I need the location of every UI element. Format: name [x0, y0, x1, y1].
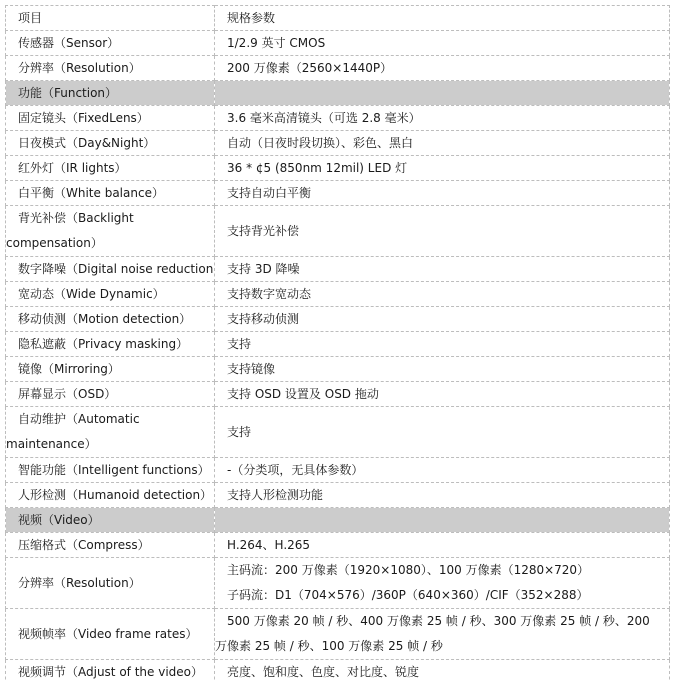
table-row: 分辨率（Resolution） 主码流：200 万像素（1920×1080）、1…	[6, 558, 670, 609]
row-label: 分辨率（Resolution）	[6, 558, 215, 609]
row-value-line2: 子码流：D1（704×576）/360P（640×360）/CIF（352×28…	[227, 583, 669, 608]
table-row: 数字降噪（Digital noise reduction） 支持 3D 降噪	[6, 257, 670, 282]
row-value: 支持 3D 降噪	[215, 257, 670, 282]
row-value: 自动（日夜时段切换）、彩色、黑白	[215, 131, 670, 156]
table-row: 分辨率（Resolution） 200 万像素（2560×1440P）	[6, 56, 670, 81]
header-spec: 规格参数	[215, 6, 670, 31]
row-label: 屏幕显示（OSD）	[6, 382, 215, 407]
table-row: 视频调节（Adjust of the video） 亮度、饱和度、色度、对比度、…	[6, 660, 670, 681]
row-label: 智能功能（Intelligent functions）	[6, 458, 215, 483]
table-row: 镜像（Mirroring） 支持镜像	[6, 357, 670, 382]
row-label: 自动维护（Automatic maintenance）	[6, 407, 215, 458]
row-label: 白平衡（White balance）	[6, 181, 215, 206]
row-value: -（分类项，无具体参数）	[215, 458, 670, 483]
row-label: 视频调节（Adjust of the video）	[6, 660, 215, 681]
section-label: 功能（Function）	[6, 81, 215, 106]
row-value: 支持自动白平衡	[215, 181, 670, 206]
row-label-line2: compensation）	[6, 231, 214, 256]
row-label: 隐私遮蔽（Privacy masking）	[6, 332, 215, 357]
row-value: 支持移动侦测	[215, 307, 670, 332]
row-value: 亮度、饱和度、色度、对比度、锐度	[215, 660, 670, 681]
table-row: 日夜模式（Day&Night） 自动（日夜时段切换）、彩色、黑白	[6, 131, 670, 156]
row-label: 压缩格式（Compress）	[6, 533, 215, 558]
row-value: 主码流：200 万像素（1920×1080）、100 万像素（1280×720）…	[215, 558, 670, 609]
row-value: 支持	[215, 407, 670, 458]
row-label: 日夜模式（Day&Night）	[6, 131, 215, 156]
row-label: 宽动态（Wide Dynamic）	[6, 282, 215, 307]
table-row: 屏幕显示（OSD） 支持 OSD 设置及 OSD 拖动	[6, 382, 670, 407]
table-row: 自动维护（Automatic maintenance） 支持	[6, 407, 670, 458]
table-row: 红外灯（IR lights） 36 * ¢5 (850nm 12mil) LED…	[6, 156, 670, 181]
row-label: 固定镜头（FixedLens）	[6, 106, 215, 131]
row-value: 500 万像素 20 帧 / 秒、400 万像素 25 帧 / 秒、300 万像…	[215, 609, 670, 660]
section-empty	[215, 508, 670, 533]
row-label: 分辨率（Resolution）	[6, 56, 215, 81]
section-row-function: 功能（Function）	[6, 81, 670, 106]
table-row: 隐私遮蔽（Privacy masking） 支持	[6, 332, 670, 357]
row-label: 背光补偿（Backlight compensation）	[6, 206, 215, 257]
row-value: 1/2.9 英寸 CMOS	[215, 31, 670, 56]
table-row: 人形检测（Humanoid detection） 支持人形检测功能	[6, 483, 670, 508]
row-value: 支持数字宽动态	[215, 282, 670, 307]
row-label: 传感器（Sensor）	[6, 31, 215, 56]
row-value: 3.6 毫米高清镜头（可选 2.8 毫米）	[215, 106, 670, 131]
row-value-line1: 主码流：200 万像素（1920×1080）、100 万像素（1280×720）	[227, 558, 669, 583]
table-row: 压缩格式（Compress） H.264、H.265	[6, 533, 670, 558]
table-row: 传感器（Sensor） 1/2.9 英寸 CMOS	[6, 31, 670, 56]
row-label: 视频帧率（Video frame rates）	[6, 609, 215, 660]
row-value: 200 万像素（2560×1440P）	[215, 56, 670, 81]
row-value: 支持 OSD 设置及 OSD 拖动	[215, 382, 670, 407]
table-row: 视频帧率（Video frame rates） 500 万像素 20 帧 / 秒…	[6, 609, 670, 660]
row-value: 支持镜像	[215, 357, 670, 382]
section-row-video: 视频（Video）	[6, 508, 670, 533]
header-item: 项目	[6, 6, 215, 31]
row-value-line1: 500 万像素 20 帧 / 秒、400 万像素 25 帧 / 秒、300 万像…	[215, 609, 669, 634]
row-label: 镜像（Mirroring）	[6, 357, 215, 382]
row-label-line1: 背光补偿（Backlight	[6, 206, 214, 231]
row-label: 人形检测（Humanoid detection）	[6, 483, 215, 508]
row-label: 数字降噪（Digital noise reduction）	[6, 257, 215, 282]
table-row: 智能功能（Intelligent functions） -（分类项，无具体参数）	[6, 458, 670, 483]
row-value: 36 * ¢5 (850nm 12mil) LED 灯	[215, 156, 670, 181]
row-value: 支持人形检测功能	[215, 483, 670, 508]
table-row: 白平衡（White balance） 支持自动白平衡	[6, 181, 670, 206]
row-label-line2: maintenance）	[6, 432, 214, 457]
table-header-row: 项目 规格参数	[6, 6, 670, 31]
row-value: 支持	[215, 332, 670, 357]
row-value-line2: 万像素 25 帧 / 秒、100 万像素 25 帧 / 秒	[215, 634, 669, 659]
table-row: 背光补偿（Backlight compensation） 支持背光补偿	[6, 206, 670, 257]
spec-table: 项目 规格参数 传感器（Sensor） 1/2.9 英寸 CMOS 分辨率（Re…	[5, 5, 670, 681]
table-row: 固定镜头（FixedLens） 3.6 毫米高清镜头（可选 2.8 毫米）	[6, 106, 670, 131]
row-label: 红外灯（IR lights）	[6, 156, 215, 181]
row-value: H.264、H.265	[215, 533, 670, 558]
table-row: 宽动态（Wide Dynamic） 支持数字宽动态	[6, 282, 670, 307]
row-label-line1: 自动维护（Automatic	[6, 407, 214, 432]
row-value: 支持背光补偿	[215, 206, 670, 257]
table-row: 移动侦测（Motion detection） 支持移动侦测	[6, 307, 670, 332]
section-label: 视频（Video）	[6, 508, 215, 533]
section-empty	[215, 81, 670, 106]
row-label: 移动侦测（Motion detection）	[6, 307, 215, 332]
